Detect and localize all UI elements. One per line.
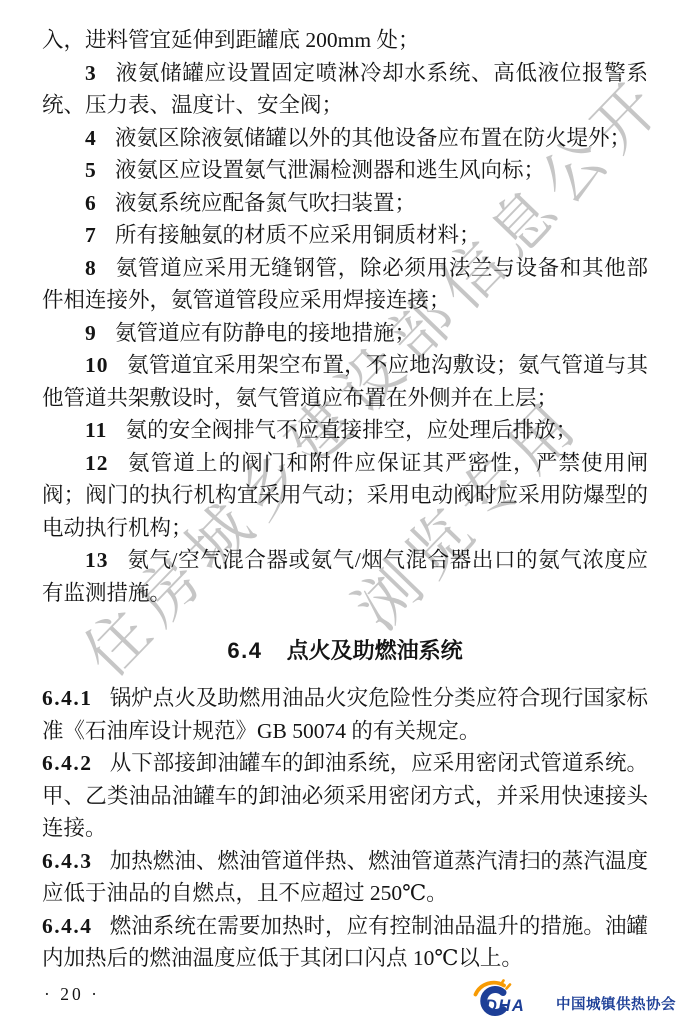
item-number: 11 bbox=[85, 418, 107, 442]
item-number: 8 bbox=[85, 256, 97, 280]
clause-text: 锅炉点火及助燃用油品火灾危险性分类应符合现行国家标准《石油库设计规范》GB 50… bbox=[42, 686, 648, 743]
cdha-logo-icon: DHA bbox=[471, 979, 549, 1021]
item-number: 5 bbox=[85, 158, 97, 182]
item-text: 氨气/空气混合器或氨气/烟气混合器出口的氨气浓度应有监测措施。 bbox=[42, 548, 648, 605]
item-text: 氨管道上的阀门和附件应保证其严密性，严禁使用闸阀；阀门的执行机构宜采用气动；采用… bbox=[42, 451, 648, 540]
document-page: 住房城乡建设部信息公开 浏览专用 入，进料管宜延伸到距罐底 200mm 处； 3… bbox=[0, 0, 689, 1033]
clause-text: 从下部接卸油罐车的卸油系统，应采用密闭式管道系统。甲、乙类油品油罐车的卸油必须采… bbox=[42, 751, 648, 840]
para-continuation: 入，进料管宜延伸到距罐底 200mm 处； bbox=[42, 24, 648, 57]
section-title: 点火及助燃油系统 bbox=[287, 638, 463, 663]
clause-6-4-1: 6.4.1锅炉点火及助燃用油品火灾危险性分类应符合现行国家标准《石油库设计规范》… bbox=[42, 682, 648, 747]
logo-ray-1 bbox=[507, 985, 511, 989]
clause-6-4-2: 6.4.2从下部接卸油罐车的卸油系统，应采用密闭式管道系统。甲、乙类油品油罐车的… bbox=[42, 747, 648, 845]
logo-org-name: 中国城镇供热协会 bbox=[556, 988, 676, 1013]
item-number: 12 bbox=[85, 451, 109, 475]
clause-6-4-4: 6.4.4燃油系统在需要加热时，应有控制油品温升的措施。油罐内加热后的燃油温度应… bbox=[42, 910, 648, 975]
item-number: 7 bbox=[85, 223, 97, 247]
numbered-item-9: 9氨管道应有防静电的接地措施； bbox=[42, 317, 648, 350]
numbered-item-5: 5液氨区应设置氨气泄漏检测器和逃生风向标； bbox=[42, 154, 648, 187]
numbered-item-8: 8氨管道应采用无缝钢管，除必须用法兰与设备和其他部件相连接外，氨管道管段应采用焊… bbox=[42, 252, 648, 317]
page-number: · 20 · bbox=[44, 984, 100, 1005]
section-number: 6.4 bbox=[227, 638, 262, 663]
numbered-item-10: 10氨管道宜采用架空布置，不应地沟敷设；氨气管道与其他管道共架敷设时，氨气管道应… bbox=[42, 349, 648, 414]
numbered-item-3: 3液氨储罐应设置固定喷淋冷却水系统、高低液位报警系统、压力表、温度计、安全阀； bbox=[42, 57, 648, 122]
item-number: 9 bbox=[85, 321, 97, 345]
item-text: 氨管道宜采用架空布置，不应地沟敷设；氨气管道与其他管道共架敷设时，氨气管道应布置… bbox=[42, 353, 648, 410]
numbered-item-6: 6液氨系统应配备氮气吹扫装置； bbox=[42, 187, 648, 220]
clause-text: 燃油系统在需要加热时，应有控制油品温升的措施。油罐内加热后的燃油温度应低于其闭口… bbox=[42, 914, 648, 971]
item-number: 13 bbox=[85, 548, 109, 572]
clause-number: 6.4.3 bbox=[42, 849, 93, 873]
item-number: 4 bbox=[85, 126, 97, 150]
item-text: 氨管道应有防静电的接地措施； bbox=[115, 321, 416, 345]
item-text: 所有接触氨的材质不应采用铜质材料； bbox=[115, 223, 481, 247]
item-number: 10 bbox=[85, 353, 109, 377]
logo-acronym: DHA bbox=[485, 997, 525, 1015]
numbered-item-7: 7所有接触氨的材质不应采用铜质材料； bbox=[42, 219, 648, 252]
clause-number: 6.4.1 bbox=[42, 686, 93, 710]
numbered-item-12: 12氨管道上的阀门和附件应保证其严密性，严禁使用闸阀；阀门的执行机构宜采用气动；… bbox=[42, 447, 648, 545]
logo-ray-2 bbox=[502, 981, 504, 984]
numbered-item-11: 11氨的安全阀排气不应直接排空，应处理后排放； bbox=[42, 414, 648, 447]
document-body: 入，进料管宜延伸到距罐底 200mm 处； 3液氨储罐应设置固定喷淋冷却水系统、… bbox=[42, 24, 648, 975]
clause-number: 6.4.4 bbox=[42, 914, 93, 938]
cdha-logo: DHA 中国城镇供热协会 bbox=[471, 979, 676, 1021]
item-text: 液氨储罐应设置固定喷淋冷却水系统、高低液位报警系统、压力表、温度计、安全阀； bbox=[42, 61, 648, 118]
item-text: 氨管道应采用无缝钢管，除必须用法兰与设备和其他部件相连接外，氨管道管段应采用焊接… bbox=[42, 256, 648, 313]
item-text: 液氨区除液氨储罐以外的其他设备应布置在防火堤外； bbox=[115, 126, 631, 150]
item-text: 液氨区应设置氨气泄漏检测器和逃生风向标； bbox=[115, 158, 545, 182]
item-number: 6 bbox=[85, 191, 97, 215]
item-number: 3 bbox=[85, 61, 97, 85]
numbered-item-4: 4液氨区除液氨储罐以外的其他设备应布置在防火堤外； bbox=[42, 122, 648, 155]
numbered-item-13: 13氨气/空气混合器或氨气/烟气混合器出口的氨气浓度应有监测措施。 bbox=[42, 544, 648, 609]
item-text: 氨的安全阀排气不应直接排空，应处理后排放； bbox=[126, 418, 578, 442]
clause-6-4-3: 6.4.3加热燃油、燃油管道伴热、燃油管道蒸汽清扫的蒸汽温度应低于油品的自燃点，… bbox=[42, 845, 648, 910]
clause-number: 6.4.2 bbox=[42, 751, 93, 775]
item-text: 液氨系统应配备氮气吹扫装置； bbox=[115, 191, 416, 215]
section-heading-6-4: 6.4点火及助燃油系统 bbox=[42, 634, 648, 667]
clause-text: 加热燃油、燃油管道伴热、燃油管道蒸汽清扫的蒸汽温度应低于油品的自燃点，且不应超过… bbox=[42, 849, 648, 906]
